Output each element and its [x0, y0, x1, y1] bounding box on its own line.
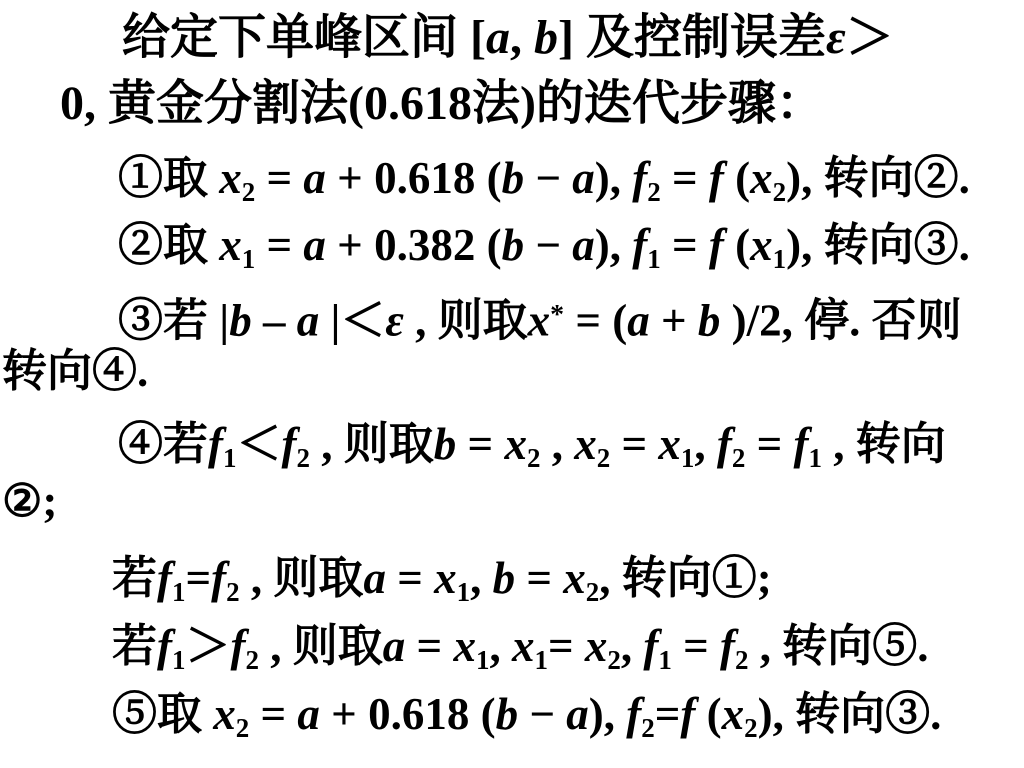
- text-run-mn: =: [661, 220, 709, 270]
- text-run-mi: b: [534, 11, 558, 64]
- text-run-mi: b: [496, 689, 519, 739]
- text-run-mn: ),: [595, 153, 633, 203]
- text-run-mi: f: [626, 689, 641, 739]
- text-run-mi: f: [157, 621, 172, 671]
- text-run-mn: ,: [694, 419, 717, 469]
- text-run-mn: (: [724, 153, 750, 203]
- step-5: ⑤取 x2 = a + 0.618 (b − a), f2=f (x2), 转向…: [112, 686, 941, 756]
- text-run-cn: 给定下单峰区间: [122, 11, 470, 64]
- text-run-cn: 则取: [438, 296, 528, 346]
- text-run-mi: a: [303, 153, 326, 203]
- text-run-mi: f: [208, 419, 223, 469]
- text-run-mn: ),: [786, 153, 824, 203]
- text-run-mi: b: [493, 553, 516, 603]
- text-run-mi: x: [574, 419, 597, 469]
- text-run-cn: ＜: [237, 419, 282, 469]
- text-run-mi: f: [720, 621, 735, 671]
- step-3: ③若 |b – a |＜ε , 则取x* = (a + b )/2, 停. 否则: [118, 287, 962, 349]
- text-run-mn: ,: [259, 621, 293, 671]
- text-run-mi: f: [709, 220, 724, 270]
- text-run-cn: ②;: [2, 476, 57, 526]
- text-run-cn: 转向③.: [824, 220, 970, 270]
- text-run-mn: =: [672, 621, 720, 671]
- text-run-sub: 2: [226, 577, 240, 607]
- text-run-mn: =: [661, 153, 709, 203]
- text-run-mi: ε: [385, 296, 403, 346]
- text-run-sub: 2: [297, 443, 311, 473]
- step-4-equal-case: 若f1=f2 , 则取a = x1, b = x2, 转向①;: [112, 550, 772, 620]
- step-1: ①取 x2 = a + 0.618 (b − a), f2 = f (x2), …: [118, 150, 970, 220]
- text-run-cn: ⑤取: [112, 689, 213, 739]
- text-run-cn: 若: [112, 621, 157, 671]
- text-run-mi: b: [229, 296, 252, 346]
- text-run-mn: = (: [564, 296, 627, 346]
- text-run-mi: b: [698, 296, 721, 346]
- text-run-mi: a: [297, 296, 320, 346]
- text-run-cn: 及控制误差: [586, 11, 826, 64]
- text-run-mn: + 0.618 (: [320, 689, 496, 739]
- text-run-cn: 停. 否则: [804, 296, 962, 346]
- text-run-mi: a: [572, 153, 595, 203]
- text-run-mi: a: [383, 621, 406, 671]
- text-run-mi: a: [572, 220, 595, 270]
- text-run-mn: ),: [589, 689, 627, 739]
- text-run-mi: x: [750, 220, 773, 270]
- slide-canvas: 给定下单峰区间 [a, b] 及控制误差ε＞0, 黄金分割法(0.618法)的迭…: [0, 0, 1024, 768]
- text-run-mi: b: [502, 153, 525, 203]
- text-run-mn: |: [219, 296, 229, 346]
- text-run-mn: ,: [599, 553, 622, 603]
- text-run-mn: −: [518, 689, 566, 739]
- text-run-mi: a: [566, 689, 589, 739]
- text-run-mi: x: [528, 296, 551, 346]
- text-run-sub: 2: [527, 443, 541, 473]
- text-run-mi: f: [157, 553, 172, 603]
- text-run-mn: ,: [621, 621, 644, 671]
- text-run-mn: =: [456, 419, 504, 469]
- text-run-mi: x: [219, 220, 242, 270]
- text-run-mi: x: [504, 419, 527, 469]
- text-run-mn: ]: [558, 11, 586, 64]
- text-run-mi: x: [658, 419, 681, 469]
- text-run-mi: f: [632, 153, 647, 203]
- text-run-mn: =: [255, 220, 303, 270]
- text-run-cn: ③若: [118, 296, 219, 346]
- text-run-cn: 转向⑤.: [782, 621, 928, 671]
- text-run-sub: 2: [732, 443, 746, 473]
- text-run-sub: 2: [242, 177, 256, 207]
- text-run-mn: ,: [822, 419, 856, 469]
- text-run-mi: f: [794, 419, 809, 469]
- text-run-cn: 则取: [273, 553, 363, 603]
- text-run-mi: a: [363, 553, 386, 603]
- text-run-sub: 1: [457, 577, 471, 607]
- text-run-mi: x: [750, 153, 773, 203]
- text-run-sub: 1: [658, 645, 672, 675]
- text-run-mn: ),: [786, 220, 824, 270]
- text-run-sub: 1: [223, 443, 237, 473]
- text-run-mi: b: [502, 220, 525, 270]
- text-run-mi: f: [680, 689, 695, 739]
- text-run-mi: f: [231, 621, 246, 671]
- text-run-mn: |: [319, 296, 340, 346]
- text-run-mn: )/2,: [720, 296, 804, 346]
- text-run-sub: 1: [534, 645, 548, 675]
- text-run-cn: 则取: [293, 621, 383, 671]
- text-run-mn: ,: [240, 553, 274, 603]
- text-run-cn: ①取: [118, 153, 219, 203]
- text-run-mi: a: [303, 220, 326, 270]
- text-run-mn: ,: [489, 621, 512, 671]
- text-run-mi: f: [282, 419, 297, 469]
- text-run-cn: 转向③.: [795, 689, 941, 739]
- text-run-mn: ,: [510, 11, 534, 64]
- text-run-mn: ),: [595, 220, 633, 270]
- text-run-sub: 2: [586, 577, 600, 607]
- text-run-sub: 2: [597, 443, 611, 473]
- text-run-sub: 2: [647, 177, 661, 207]
- text-run-mn: =: [610, 419, 658, 469]
- text-run-mn: (: [695, 689, 721, 739]
- text-run-cn: ＞: [186, 621, 231, 671]
- text-run-mi: f: [717, 419, 732, 469]
- text-run-sub: 2: [773, 177, 787, 207]
- text-run-sub: 2: [236, 713, 250, 743]
- step-3-continuation: 转向④.: [2, 343, 148, 399]
- text-run-mi: b: [434, 419, 457, 469]
- text-run-sub: 2: [607, 645, 621, 675]
- text-run-mn: ,: [749, 621, 783, 671]
- text-run-cn: 转向: [856, 419, 946, 469]
- text-run-sub: 1: [172, 645, 186, 675]
- text-run-mi: x: [585, 621, 608, 671]
- text-run-mi: x: [453, 621, 476, 671]
- text-run-cn: ＜: [340, 296, 385, 346]
- text-run-mn: –: [252, 296, 297, 346]
- text-run-sub: 1: [773, 244, 787, 274]
- text-run-sub: 1: [242, 244, 256, 274]
- text-run-mn: (: [724, 220, 750, 270]
- text-run-mn: =: [655, 689, 681, 739]
- text-run-mi: x: [434, 553, 457, 603]
- title-line-1: 给定下单峰区间 [a, b] 及控制误差ε＞: [122, 10, 894, 66]
- text-run-mi: a: [297, 689, 320, 739]
- text-run-mi: x: [722, 689, 745, 739]
- text-run-sub: 1: [809, 443, 823, 473]
- text-run-mn: =: [386, 553, 434, 603]
- text-run-cn: 若: [112, 553, 157, 603]
- text-run-cn: 转向④.: [2, 346, 148, 396]
- text-run-mn: 0.618: [364, 77, 472, 130]
- text-run-mn: ,: [404, 296, 438, 346]
- text-run-mn: [: [470, 11, 486, 64]
- text-run-mn: ,: [310, 419, 344, 469]
- text-run-sub: 1: [647, 244, 661, 274]
- text-run-sub: 2: [641, 713, 655, 743]
- text-run-mn: + 0.618 (: [326, 153, 502, 203]
- text-run-mn: −: [524, 153, 572, 203]
- text-run-mn: + 0.382 (: [326, 220, 502, 270]
- text-run-mn: −: [524, 220, 572, 270]
- text-run-mn: =: [548, 621, 585, 671]
- text-run-mn: =: [186, 553, 212, 603]
- text-run-sub: 1: [172, 577, 186, 607]
- text-run-mn: ),: [758, 689, 796, 739]
- step-4-greater-case: 若f1＞f2 , 则取a = x1, x1= x2, f1 = f2 , 转向⑤…: [112, 618, 929, 688]
- text-run-cn: ＞: [846, 11, 894, 64]
- text-run-mn: ,: [470, 553, 493, 603]
- text-run-mn: ,: [540, 419, 574, 469]
- text-run-mi: f: [632, 220, 647, 270]
- text-run-sub: 1: [476, 645, 490, 675]
- step-4: ④若f1＜f2 , 则取b = x2 , x2 = x1, f2 = f1 , …: [118, 416, 946, 486]
- text-run-cn: 法)的迭代步骤：: [472, 77, 824, 130]
- text-run-mi: ε: [826, 11, 846, 64]
- text-run-sub: 2: [744, 713, 758, 743]
- text-run-mi: x: [512, 621, 535, 671]
- text-run-cn: 转向①;: [622, 553, 772, 603]
- text-run-mn: =: [515, 553, 563, 603]
- text-run-mi: a: [627, 296, 650, 346]
- step-4-continuation: ②;: [2, 473, 57, 529]
- text-run-cn: 转向②.: [824, 153, 970, 203]
- text-run-mi: x: [219, 153, 242, 203]
- text-run-sub: 1: [681, 443, 695, 473]
- step-2: ②取 x1 = a + 0.382 (b − a), f1 = f (x1), …: [118, 217, 970, 287]
- text-run-cn: 黄金分割法(: [108, 77, 364, 130]
- text-run-mn: +: [650, 296, 698, 346]
- text-run-mi: x: [213, 689, 236, 739]
- text-run-cn: ④若: [118, 419, 208, 469]
- text-run-mn: =: [745, 419, 793, 469]
- text-run-mi: f: [211, 553, 226, 603]
- text-run-mn: =: [405, 621, 453, 671]
- text-run-mn: =: [255, 153, 303, 203]
- text-run-mi: a: [486, 11, 510, 64]
- text-run-mi: x: [563, 553, 586, 603]
- text-run-sub: 2: [246, 645, 260, 675]
- title-line-2: 0, 黄金分割法(0.618法)的迭代步骤：: [60, 76, 824, 132]
- text-run-sup: *: [550, 299, 564, 330]
- text-run-cn: ②取: [118, 220, 219, 270]
- text-run-cn: 则取: [344, 419, 434, 469]
- text-run-mn: 0,: [60, 77, 108, 130]
- text-run-mn: =: [249, 689, 297, 739]
- text-run-mi: f: [709, 153, 724, 203]
- text-run-mi: f: [643, 621, 658, 671]
- text-run-sub: 2: [735, 645, 749, 675]
